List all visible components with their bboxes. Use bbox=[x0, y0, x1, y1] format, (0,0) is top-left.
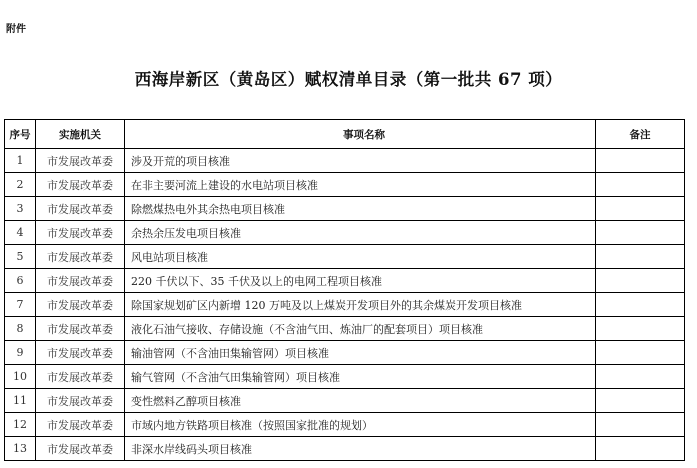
row-index: 11 bbox=[5, 389, 36, 413]
row-item-name: 涉及开荒的项目核准 bbox=[125, 149, 596, 173]
header-index: 序号 bbox=[5, 120, 36, 149]
table-row: 6市发展改革委220 千伏以下、35 千伏及以上的电网工程项目核准 bbox=[5, 269, 685, 293]
table-row: 9市发展改革委输油管网（不含油田集输管网）项目核准 bbox=[5, 341, 685, 365]
row-remarks bbox=[596, 173, 685, 197]
authorization-list-table: 序号 实施机关 事项名称 备注 1市发展改革委涉及开荒的项目核准2市发展改革委在… bbox=[4, 119, 685, 461]
row-remarks bbox=[596, 389, 685, 413]
row-index: 4 bbox=[5, 221, 36, 245]
row-remarks bbox=[596, 341, 685, 365]
row-agency: 市发展改革委 bbox=[36, 197, 125, 221]
row-index: 3 bbox=[5, 197, 36, 221]
row-agency: 市发展改革委 bbox=[36, 437, 125, 461]
row-remarks bbox=[596, 221, 685, 245]
row-item-name: 输气管网（不含油气田集输管网）项目核准 bbox=[125, 365, 596, 389]
row-agency: 市发展改革委 bbox=[36, 389, 125, 413]
row-index: 12 bbox=[5, 413, 36, 437]
row-remarks bbox=[596, 149, 685, 173]
header-agency: 实施机关 bbox=[36, 120, 125, 149]
row-index: 6 bbox=[5, 269, 36, 293]
row-item-name: 220 千伏以下、35 千伏及以上的电网工程项目核准 bbox=[125, 269, 596, 293]
row-agency: 市发展改革委 bbox=[36, 317, 125, 341]
table-row: 10市发展改革委输气管网（不含油气田集输管网）项目核准 bbox=[5, 365, 685, 389]
table-row: 13市发展改革委非深水岸线码头项目核准 bbox=[5, 437, 685, 461]
header-remarks: 备注 bbox=[596, 120, 685, 149]
row-agency: 市发展改革委 bbox=[36, 245, 125, 269]
row-remarks bbox=[596, 317, 685, 341]
table-row: 12市发展改革委市域内地方铁路项目核准（按照国家批准的规划） bbox=[5, 413, 685, 437]
row-item-name: 市域内地方铁路项目核准（按照国家批准的规划） bbox=[125, 413, 596, 437]
table-row: 7市发展改革委除国家规划矿区内新增 120 万吨及以上煤炭开发项目外的其余煤炭开… bbox=[5, 293, 685, 317]
document-title: 西海岸新区（黄岛区）赋权清单目录（第一批共 67 项） bbox=[0, 66, 697, 90]
row-item-name: 除国家规划矿区内新增 120 万吨及以上煤炭开发项目外的其余煤炭开发项目核准 bbox=[125, 293, 596, 317]
row-index: 5 bbox=[5, 245, 36, 269]
row-agency: 市发展改革委 bbox=[36, 269, 125, 293]
table-row: 3市发展改革委除燃煤热电外其余热电项目核准 bbox=[5, 197, 685, 221]
row-index: 10 bbox=[5, 365, 36, 389]
row-agency: 市发展改革委 bbox=[36, 149, 125, 173]
row-index: 9 bbox=[5, 341, 36, 365]
table-row: 8市发展改革委液化石油气接收、存储设施（不含油气田、炼油厂的配套项目）项目核准 bbox=[5, 317, 685, 341]
row-remarks bbox=[596, 437, 685, 461]
row-remarks bbox=[596, 269, 685, 293]
table-row: 2市发展改革委在非主要河流上建设的水电站项目核准 bbox=[5, 173, 685, 197]
table-header-row: 序号 实施机关 事项名称 备注 bbox=[5, 120, 685, 149]
row-item-name: 输油管网（不含油田集输管网）项目核准 bbox=[125, 341, 596, 365]
row-agency: 市发展改革委 bbox=[36, 221, 125, 245]
row-item-name: 液化石油气接收、存储设施（不含油气田、炼油厂的配套项目）项目核准 bbox=[125, 317, 596, 341]
header-item-name: 事项名称 bbox=[125, 120, 596, 149]
row-item-name: 余热余压发电项目核准 bbox=[125, 221, 596, 245]
attachment-label: 附件 bbox=[6, 20, 26, 35]
row-item-name: 除燃煤热电外其余热电项目核准 bbox=[125, 197, 596, 221]
table-row: 5市发展改革委风电站项目核准 bbox=[5, 245, 685, 269]
row-item-name: 非深水岸线码头项目核准 bbox=[125, 437, 596, 461]
row-item-name: 变性燃料乙醇项目核准 bbox=[125, 389, 596, 413]
row-index: 2 bbox=[5, 173, 36, 197]
row-remarks bbox=[596, 245, 685, 269]
table-row: 1市发展改革委涉及开荒的项目核准 bbox=[5, 149, 685, 173]
row-agency: 市发展改革委 bbox=[36, 341, 125, 365]
row-agency: 市发展改革委 bbox=[36, 413, 125, 437]
row-index: 13 bbox=[5, 437, 36, 461]
row-agency: 市发展改革委 bbox=[36, 365, 125, 389]
row-index: 7 bbox=[5, 293, 36, 317]
row-remarks bbox=[596, 365, 685, 389]
row-item-name: 风电站项目核准 bbox=[125, 245, 596, 269]
row-index: 8 bbox=[5, 317, 36, 341]
row-remarks bbox=[596, 293, 685, 317]
row-agency: 市发展改革委 bbox=[36, 173, 125, 197]
row-agency: 市发展改革委 bbox=[36, 293, 125, 317]
row-remarks bbox=[596, 197, 685, 221]
table-row: 11市发展改革委变性燃料乙醇项目核准 bbox=[5, 389, 685, 413]
row-index: 1 bbox=[5, 149, 36, 173]
table-row: 4市发展改革委余热余压发电项目核准 bbox=[5, 221, 685, 245]
row-remarks bbox=[596, 413, 685, 437]
row-item-name: 在非主要河流上建设的水电站项目核准 bbox=[125, 173, 596, 197]
